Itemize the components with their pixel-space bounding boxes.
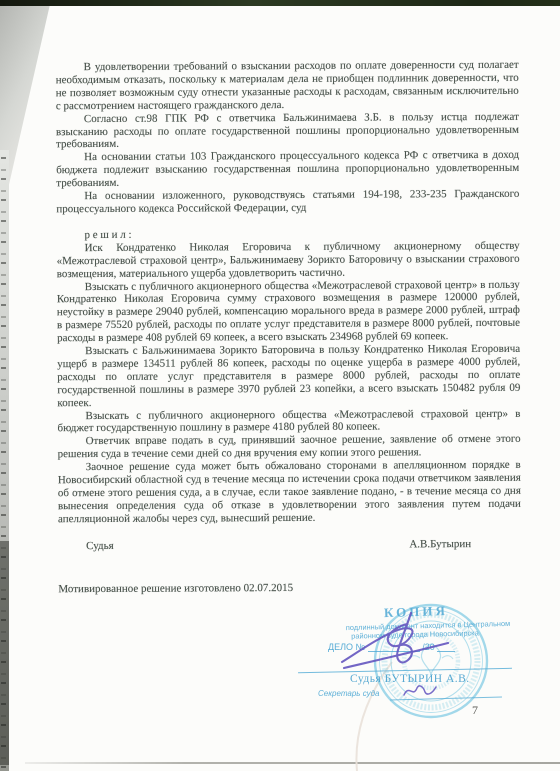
reasoned-decision-date-note: Мотивированное решение изготовлено 02.07… (58, 580, 521, 595)
document-body: В удовлетворении требований о взыскании … (56, 59, 522, 596)
secretary-label: Секретарь суда (318, 689, 380, 698)
page-bottom-edge (25, 762, 560, 764)
paragraph-default-judgment-cancellation: Ответчик вправе подать в суд, принявший … (58, 433, 521, 461)
judge-name: А.В.Бутырин (409, 538, 471, 551)
judge-signature (338, 610, 453, 672)
scanner-edge-left (0, 150, 9, 771)
page-number: 7 (472, 703, 478, 718)
page-corner-shadow (0, 6, 62, 186)
paragraph-state-duty-to-budget: Взыскать с публичного акционерного общес… (57, 407, 520, 435)
scanned-court-decision-page: В удовлетворении требований о взыскании … (0, 0, 560, 771)
paragraph-recover-from-defendant: Взыскать с Бальжинимаева Зорикто Баторов… (57, 343, 520, 410)
paragraph-claim-partially-granted: Иск Кондратенко Николая Егоровича к публ… (57, 240, 520, 281)
paragraph-art98-gpk: Согласно ст.98 ГПК РФ с ответчика Бальжи… (56, 110, 519, 151)
secretary-signature (402, 682, 438, 700)
paragraph-costs-refusal: В удовлетворении требований о взыскании … (56, 59, 519, 113)
paragraph-recover-from-insurer: Взыскать с публичного акционерного общес… (57, 278, 520, 345)
copy-certification-stamp: КОПИЯ подлинный документ находится в Цен… (290, 600, 552, 720)
scanner-edge-top (0, 0, 560, 6)
paragraph-art103-gpk: На основании статьи 103 Гражданского про… (56, 149, 519, 190)
paragraph-appeal-procedure: Заочное решение суда может быть обжалова… (58, 459, 521, 526)
signature-row: Судья А.В.Бутырин (58, 538, 521, 553)
paragraph-preamble: На основании изложенного, руководствуясь… (56, 188, 519, 216)
judge-label: Судья (86, 540, 114, 553)
